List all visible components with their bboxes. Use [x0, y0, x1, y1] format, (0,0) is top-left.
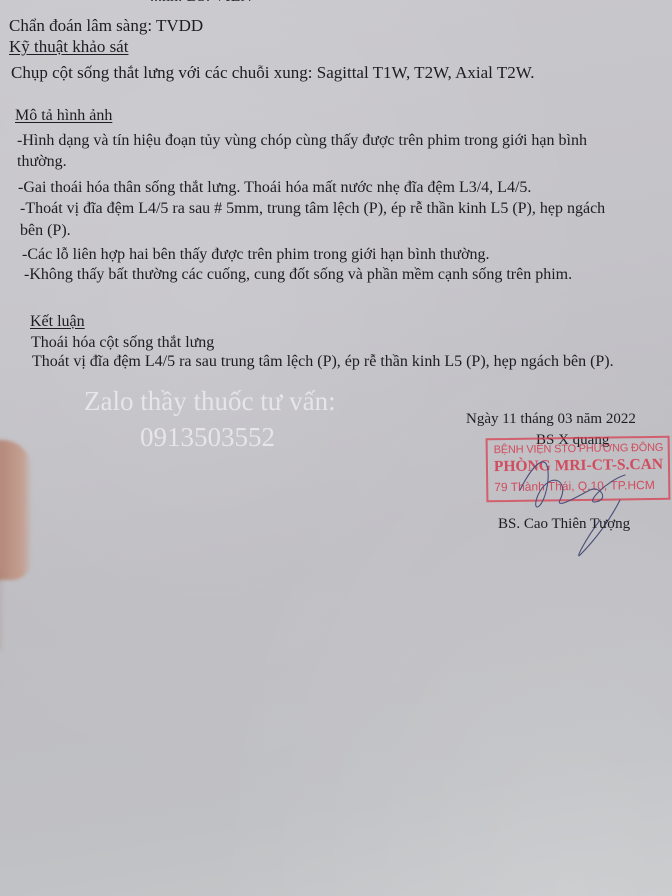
description-line: -Gai thoái hóa thân sống thắt lưng. Thoá… [18, 178, 531, 198]
doctor-name: BS. Cao Thiên Tượng [498, 514, 630, 534]
stamp-department: PHÒNG MRI-CT-S.CAN [494, 456, 663, 476]
description-line: -Không thấy bất thường các cuống, cung đ… [24, 265, 572, 285]
watermark-zalo-label: Zalo thầy thuốc tư vấn: [84, 386, 336, 417]
description-heading: Mô tả hình ảnh [15, 106, 112, 126]
report-date: Ngày 11 tháng 03 năm 2022 [466, 409, 636, 429]
description-line: bên (P). [20, 221, 71, 241]
description-line: thường. [17, 152, 67, 172]
description-line: -Các lỗ liên hợp hai bên thấy được trên … [22, 245, 490, 265]
conclusion-line: Thoái hóa cột sống thắt lưng [31, 333, 214, 353]
cut-off-header-text: ...nh: BS. VIEN [150, 0, 252, 6]
description-line: -Hình dạng và tín hiệu đoạn tủy vùng chó… [17, 131, 587, 151]
hand-edge-in-photo [0, 570, 4, 650]
clinical-diagnosis: Chẩn đoán lâm sàng: TVDD [9, 16, 203, 36]
stamp-hospital-name: BỆNH VIỆN STO PHƯƠNG ĐÔNG [494, 442, 664, 456]
thumb-in-photo [0, 440, 32, 580]
description-line: -Thoát vị đĩa đệm L4/5 ra sau # 5mm, tru… [20, 199, 605, 219]
stamp-address: 79 Thành Thái, Q.10, TP.HCM [494, 478, 655, 494]
watermark-phone: 0913503552 [140, 422, 275, 453]
technique-text: Chụp cột sống thắt lưng với các chuỗi xu… [11, 63, 534, 83]
hospital-stamp: BỆNH VIỆN STO PHƯƠNG ĐÔNG PHÒNG MRI-CT-S… [486, 436, 671, 503]
technique-heading: Kỹ thuật khảo sát [9, 37, 128, 57]
conclusion-heading: Kết luận [30, 312, 85, 332]
conclusion-line: Thoát vị đĩa đệm L4/5 ra sau trung tâm l… [32, 352, 614, 372]
